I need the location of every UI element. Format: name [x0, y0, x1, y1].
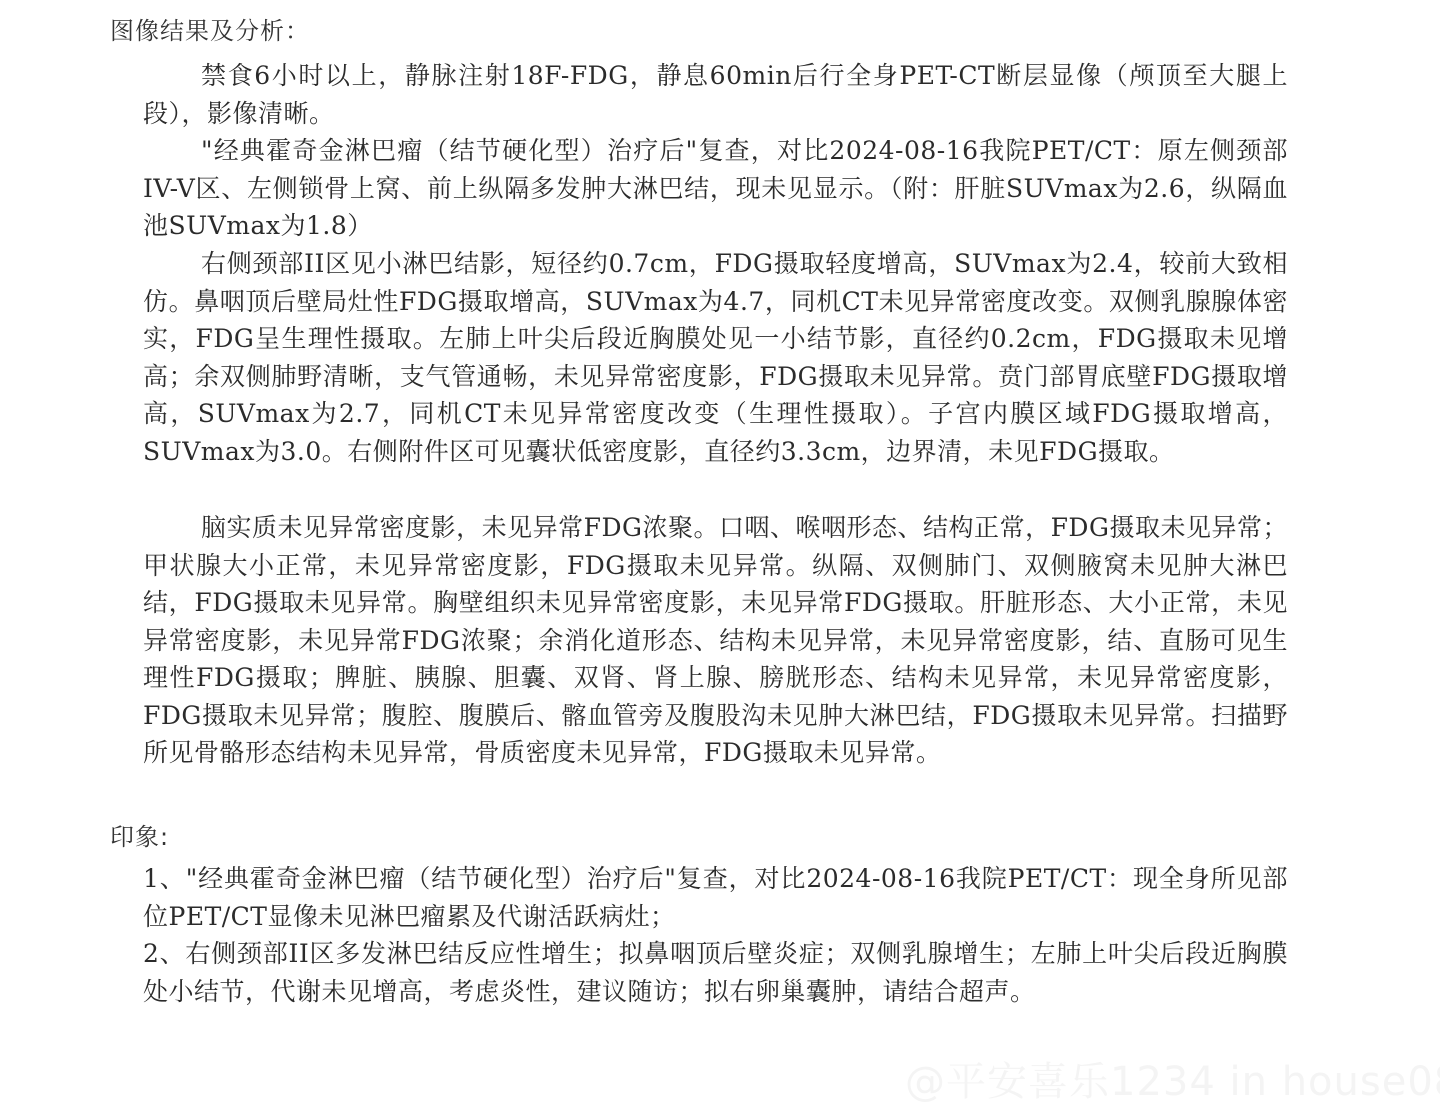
impression-heading: 印象: [110, 822, 169, 852]
findings-paragraph-positive-findings: 右侧颈部II区见小淋巴结影，短径约0.7cm，FDG摄取轻度增高，SUVmax为… [143, 245, 1288, 470]
watermark: @平安喜乐1234 in house086 [905, 1050, 1440, 1107]
findings-heading: 图像结果及分析： [110, 16, 310, 46]
impression-item-1: 1、"经典霍奇金淋巴瘤（结节硬化型）治疗后"复查，对比2024-08-16我院P… [143, 860, 1288, 935]
findings-paragraph-exam-method: 禁食6小时以上，静脉注射18F-FDG，静息60min后行全身PET-CT断层显… [143, 57, 1288, 132]
impression-item-2: 2、右侧颈部II区多发淋巴结反应性增生；拟鼻咽顶后壁炎症；双侧乳腺增生；左肺上叶… [143, 935, 1288, 1010]
findings-paragraph-comparison: "经典霍奇金淋巴瘤（结节硬化型）治疗后"复查，对比2024-08-16我院PET… [143, 132, 1288, 245]
findings-paragraph-negative-findings: 脑实质未见异常密度影，未见异常FDG浓聚。口咽、喉咽形态、结构正常，FDG摄取未… [143, 509, 1288, 772]
